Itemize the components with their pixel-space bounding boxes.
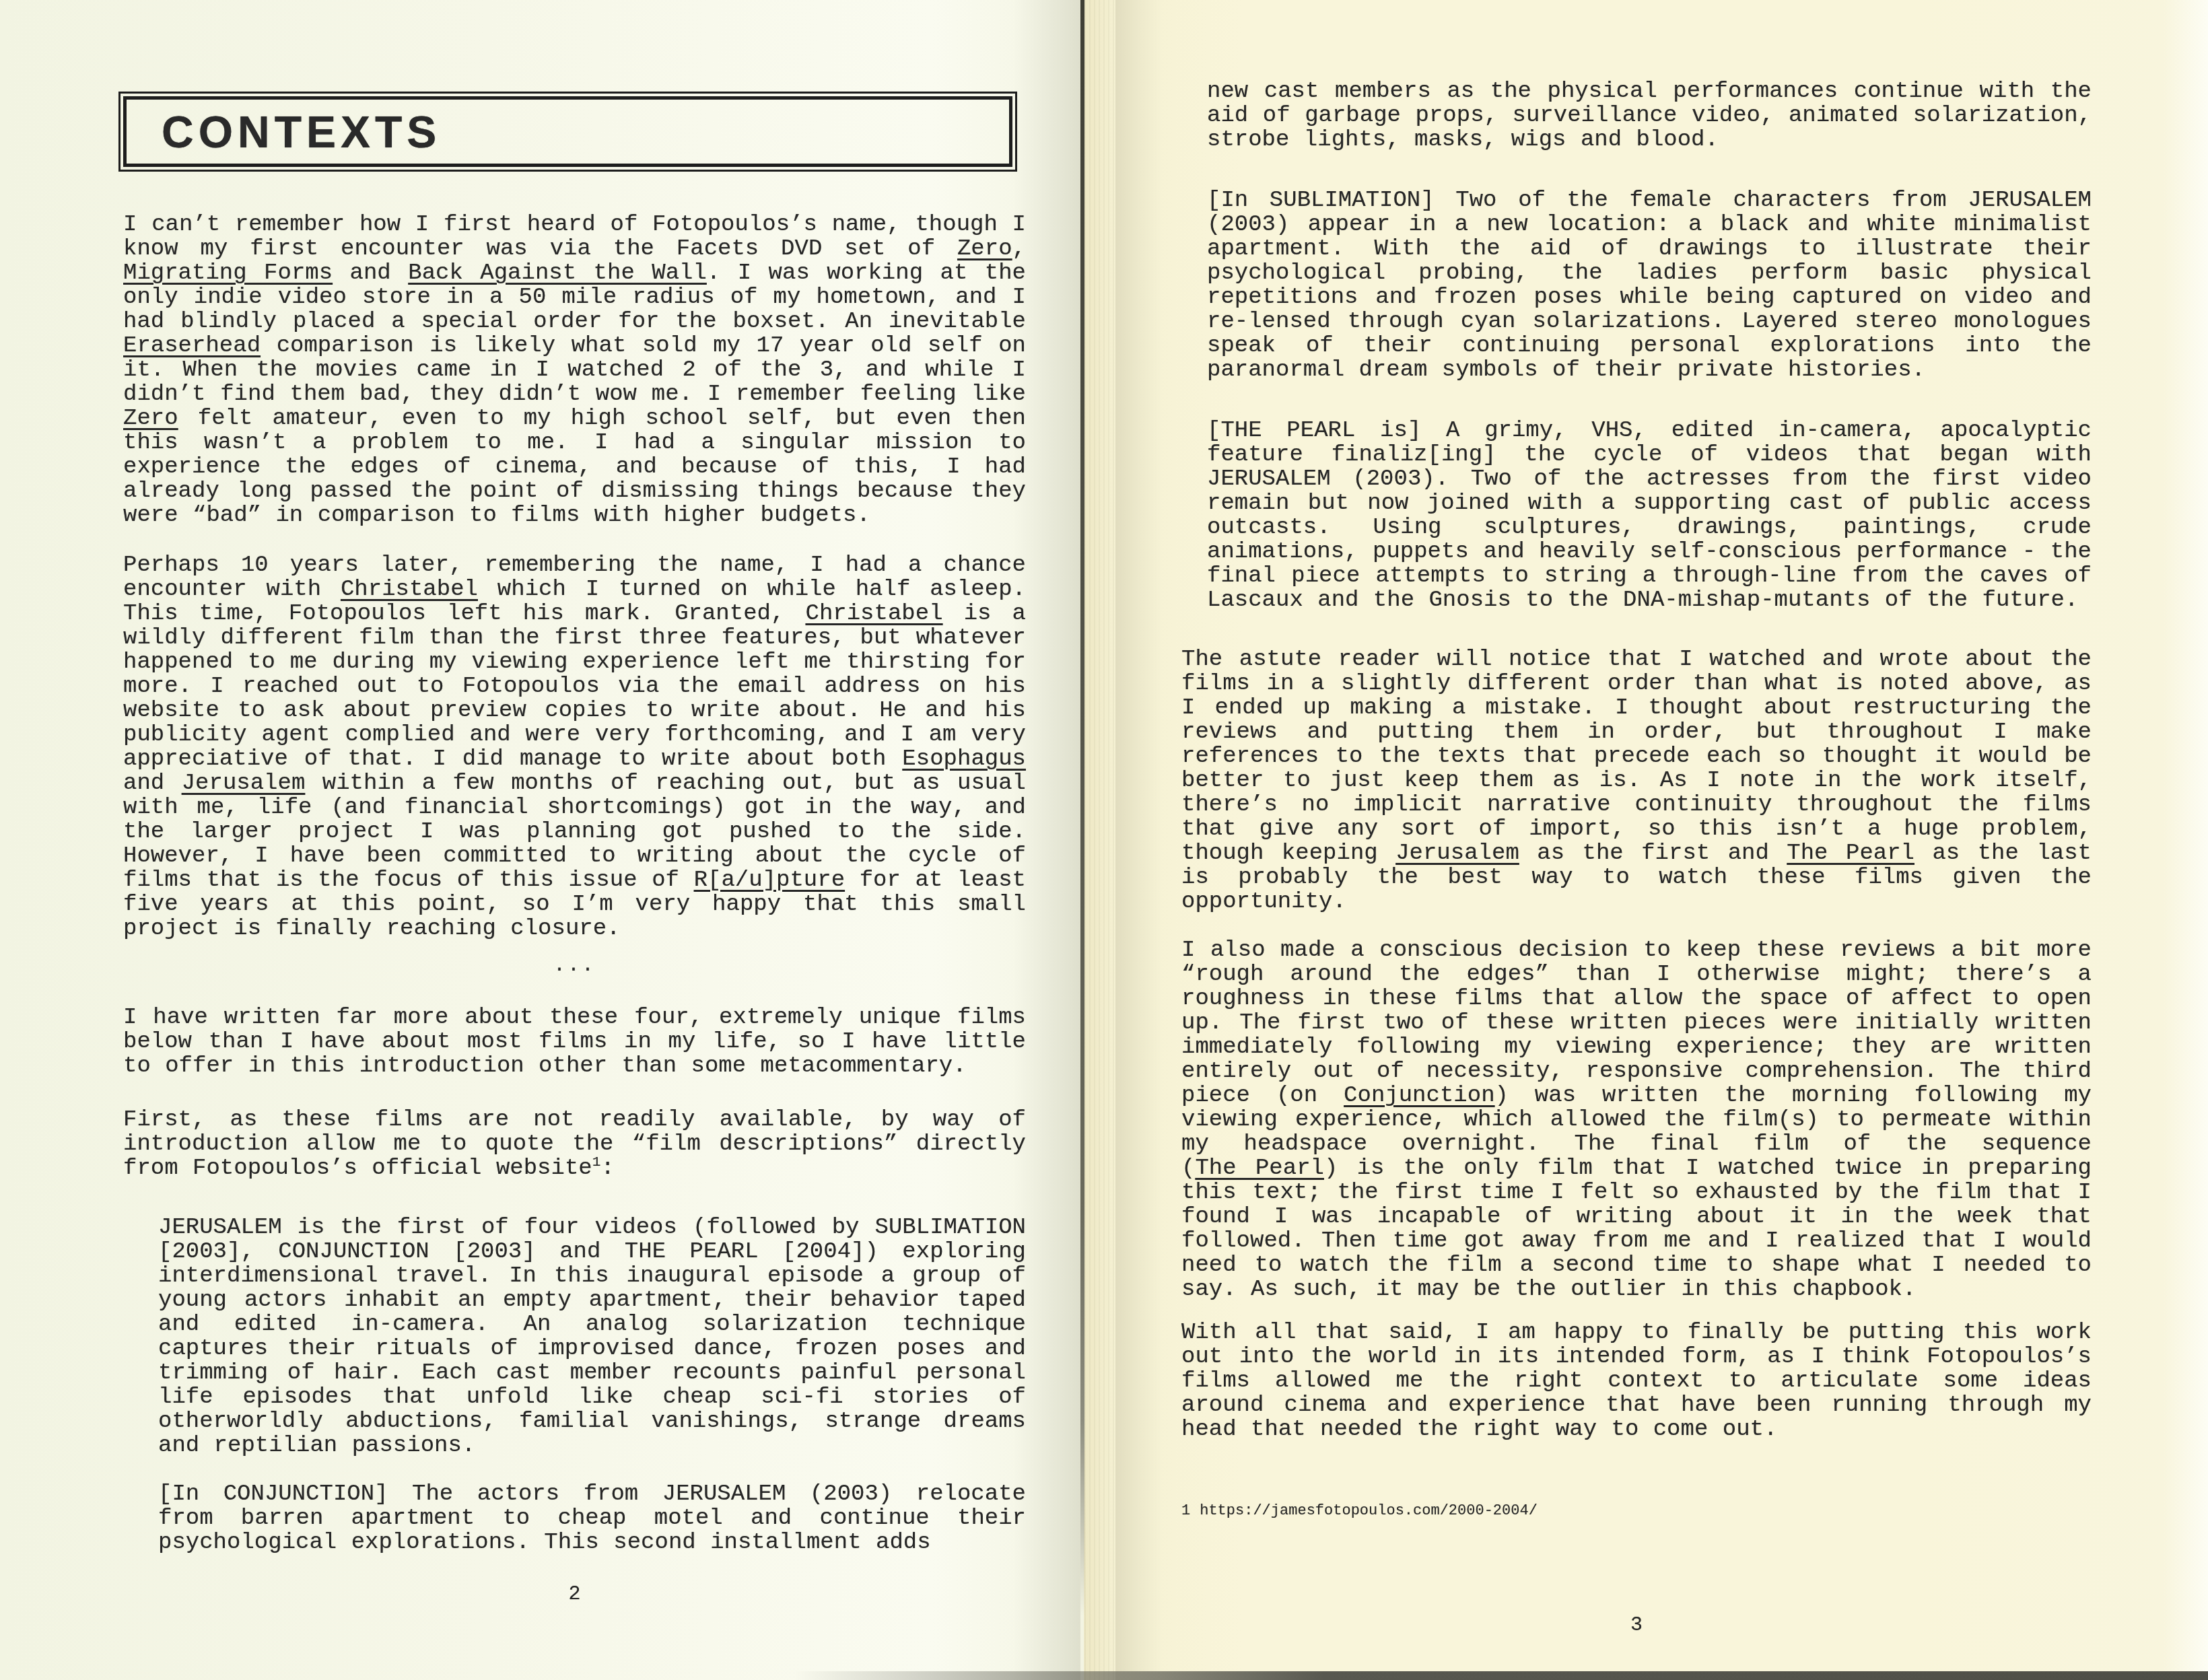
page-number-left: 2 xyxy=(123,1583,1026,1606)
footnote: 1https://jamesfotopoulos.com/2000-2004/ xyxy=(1181,1502,2092,1519)
page-left: CONTEXTS I can’t remember how I first he… xyxy=(0,0,1084,1680)
footnote-url: https://jamesfotopoulos.com/2000-2004/ xyxy=(1200,1502,1538,1519)
scan-bottom-edge xyxy=(0,1671,2208,1680)
paragraph: I have written far more about these four… xyxy=(123,1006,1026,1078)
paragraph: First, as these films are not readily av… xyxy=(123,1108,1026,1181)
blockquote-paragraph: [In CONJUNCTION] The actors from JERUSAL… xyxy=(158,1482,1026,1555)
gutter-shadow-left xyxy=(1013,0,1080,1680)
section-divider: ... xyxy=(123,954,1026,979)
left-text-column: CONTEXTS I can’t remember how I first he… xyxy=(123,96,1026,1555)
gutter-shadow-right xyxy=(1115,0,1163,1680)
footnote-marker: 1 xyxy=(1181,1502,1190,1519)
paragraph: The astute reader will notice that I wat… xyxy=(1181,647,2092,914)
page-right: new cast members as the physical perform… xyxy=(1084,0,2208,1680)
section-heading: CONTEXTS xyxy=(162,106,441,157)
section-heading-box: CONTEXTS xyxy=(123,96,1012,167)
right-text-column: new cast members as the physical perform… xyxy=(1181,0,2092,1442)
page-edge-strip xyxy=(1084,0,1115,1680)
blockquote-paragraph: [In SUBLIMATION] Two of the female chara… xyxy=(1207,188,2092,382)
blockquote-paragraph: JERUSALEM is the first of four videos (f… xyxy=(158,1216,1026,1458)
book-spread: CONTEXTS I can’t remember how I first he… xyxy=(0,0,2208,1680)
paragraph: I also made a conscious decision to keep… xyxy=(1181,938,2092,1302)
paragraph: With all that said, I am happy to finall… xyxy=(1181,1321,2092,1442)
paragraph: I can’t remember how I first heard of Fo… xyxy=(123,213,1026,528)
blockquote-paragraph: [THE PEARL is] A grimy, VHS, edited in-c… xyxy=(1207,419,2092,612)
paragraph: Perhaps 10 years later, remembering the … xyxy=(123,553,1026,941)
blockquote-paragraph: new cast members as the physical perform… xyxy=(1207,79,2092,152)
page-number-right: 3 xyxy=(1181,1614,2092,1637)
